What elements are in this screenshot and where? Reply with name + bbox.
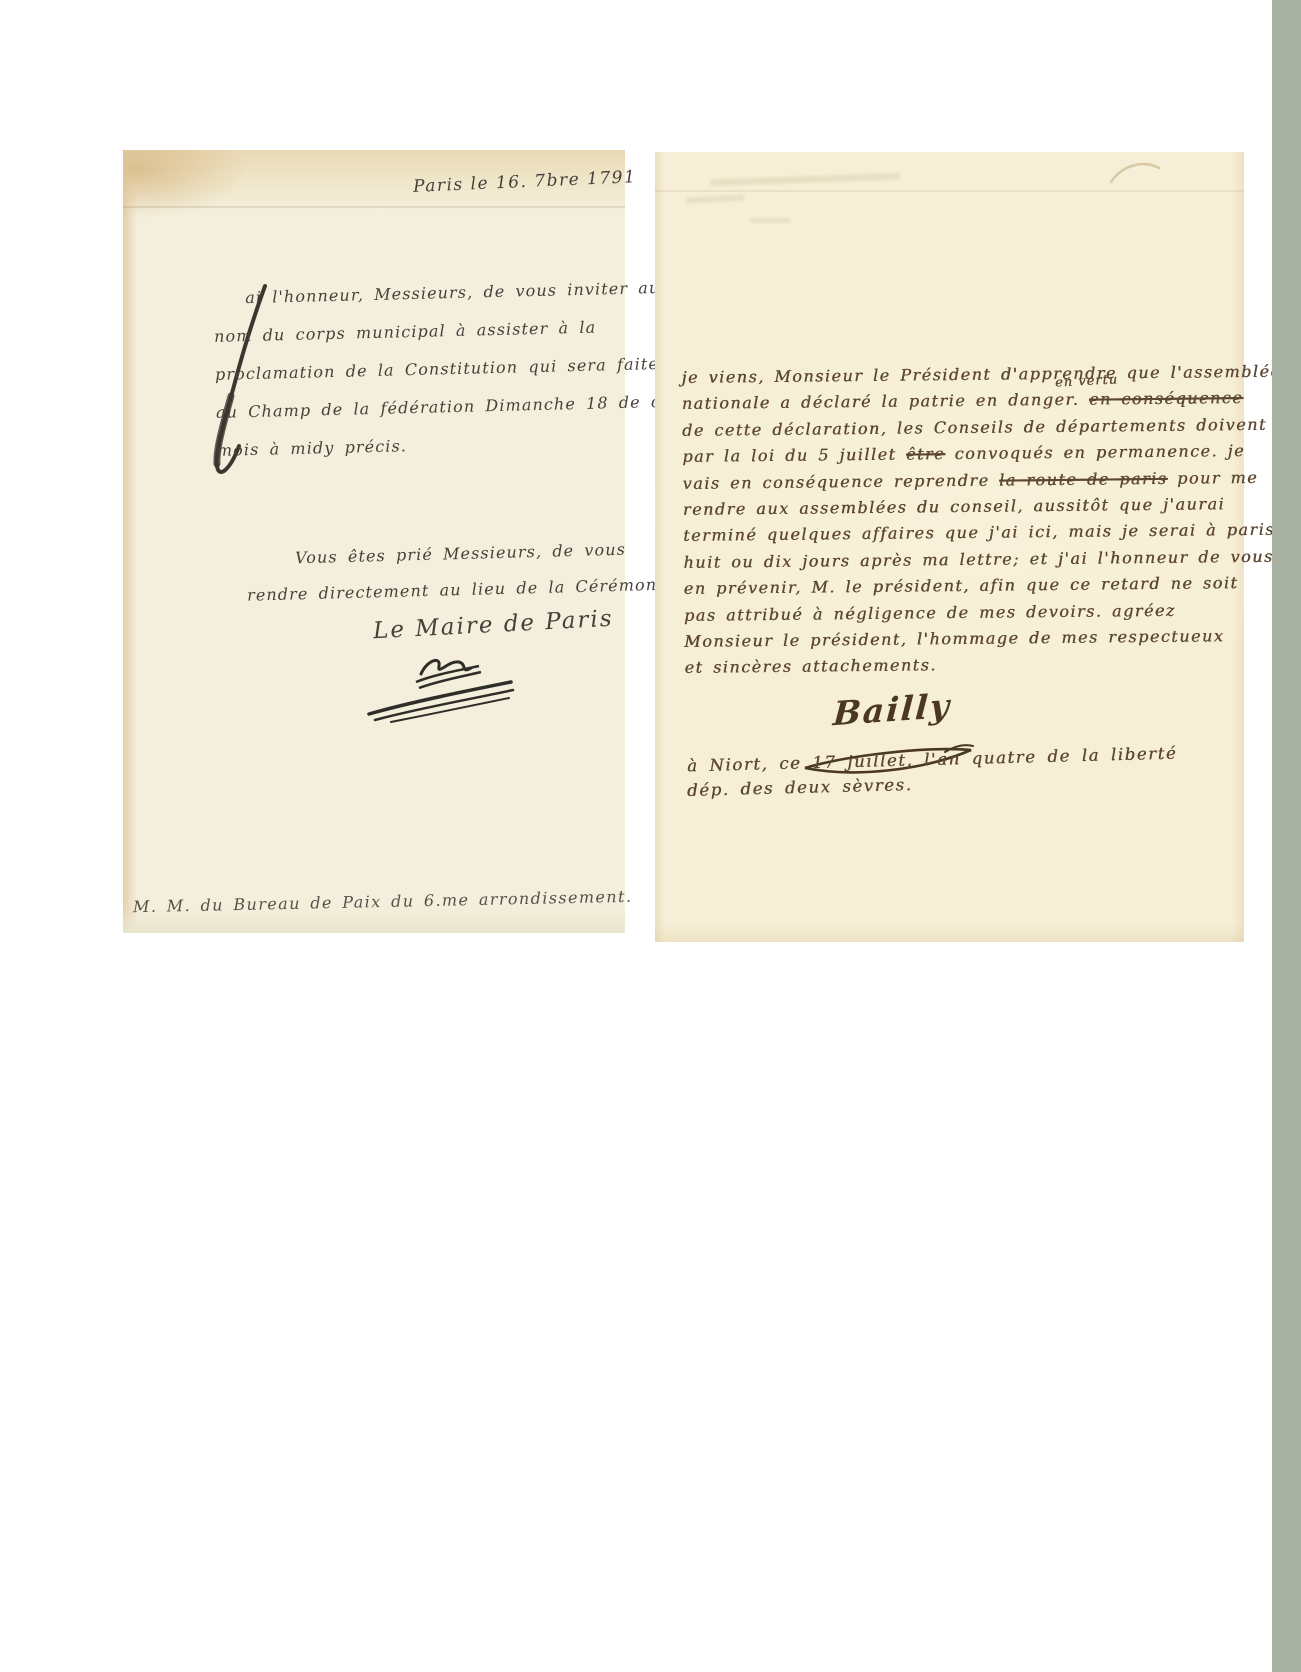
page: Paris le 16. 7bre 1791 ai l'honneur, Mes… [0, 0, 1301, 1672]
body-line-text: vais en conséquence reprendre [682, 470, 989, 492]
struck-words: la route de paris [999, 468, 1168, 489]
left-letter-footer-note: M. M. du Bureau de Paix du 6.me arrondis… [133, 887, 633, 916]
scanned-letter-right: je viens, Monsieur le Président d'appren… [655, 152, 1244, 942]
corner-pen-mark [1105, 158, 1165, 188]
right-letter-dateline-2: dép. des deux sèvres. [687, 775, 913, 800]
body-line-text: par la loi du 5 juillet [682, 445, 896, 466]
body-line-text: pour me [1177, 468, 1258, 488]
ink-bleedthrough-mark [750, 218, 790, 223]
right-letter-body: je viens, Monsieur le Président d'appren… [681, 359, 1244, 682]
scanned-letter-left: Paris le 16. 7bre 1791 ai l'honneur, Mes… [123, 150, 625, 933]
ink-bleedthrough-mark [710, 173, 900, 187]
body-line: et sincères attachements. [684, 650, 1244, 682]
left-letter-p2-line: Vous êtes prié Messieurs, de vous [295, 540, 626, 568]
bailly-signature-left [361, 652, 531, 727]
left-letter-paragraph-1: ai l'honneur, Messieurs, de vous inviter… [213, 270, 618, 470]
body-line-text: nationale a déclaré la patrie en danger. [682, 390, 1080, 413]
body-line-text: convoqués en permanence. je [955, 441, 1246, 463]
page-edge-green-bar [1272, 0, 1301, 1672]
paper-crease [655, 190, 1244, 192]
left-letter-date-line: Paris le 16. 7bre 1791 [413, 167, 637, 197]
left-letter-signoff: Le Maire de Paris [372, 606, 614, 645]
struck-words: en conséquence [1089, 388, 1243, 409]
paper-crease [123, 206, 625, 208]
ink-bleedthrough-mark [685, 194, 745, 203]
left-letter-p2-line: rendre directement au lieu de la Cérémon… [247, 574, 680, 604]
bailly-signature-right: Bailly [832, 686, 953, 734]
struck-words: être [906, 444, 945, 463]
